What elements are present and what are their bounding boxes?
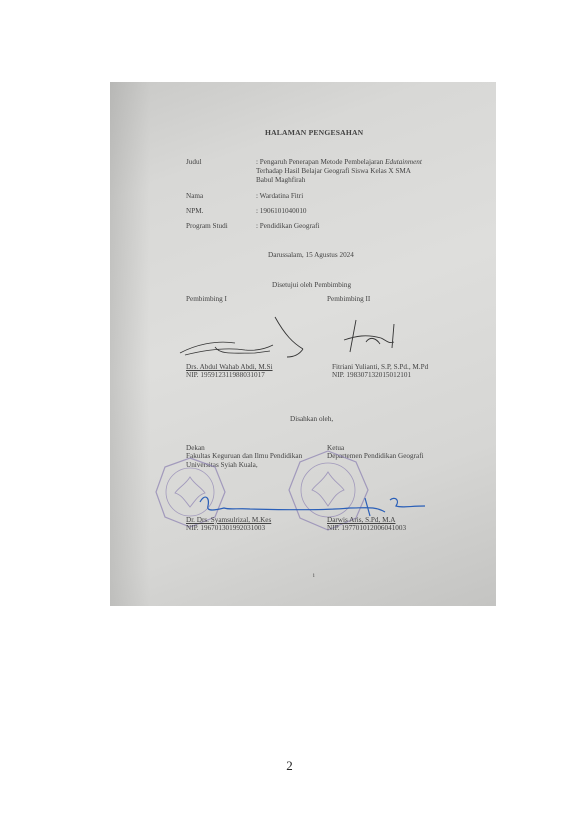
judul-line-1: : Pengaruh Penerapan Metode Pembelajaran [256, 158, 385, 166]
inner-page-number: i [313, 572, 315, 581]
place-date: Darussalam, 15 Agustus 2024 [268, 251, 354, 260]
official-1-nip: NIP. 196701301992031003 [186, 524, 265, 533]
page-number: 2 [0, 758, 579, 774]
photo-shadow [110, 82, 150, 606]
advisor-1-signature [175, 315, 325, 360]
document-title: HALAMAN PENGESAHAN [265, 128, 363, 137]
field-label-npm: NPM. [186, 207, 203, 216]
advisor-2-signature [336, 318, 406, 358]
advisor-2-role: Pembimbing II [327, 295, 370, 304]
advisor-2-nip: NIP. 198307132015012101 [332, 371, 411, 380]
official-2-nip: NIP. 197701012006041003 [327, 524, 406, 533]
field-label-judul: Judul [186, 158, 202, 167]
advisor-1-role: Pembimbing I [186, 295, 227, 304]
ratified-by: Disahkan oleh, [290, 415, 333, 424]
field-value-npm: : 1906101040010 [256, 207, 307, 216]
field-value-program: : Pendidikan Geografi [256, 222, 319, 231]
field-label-nama: Nama [186, 192, 203, 201]
judul-line-2: Terhadap Hasil Belajar Geografi Siswa Ke… [256, 167, 411, 176]
advisor-1-nip: NIP. 195912311988031017 [186, 371, 265, 380]
judul-italic: Edutainment [385, 158, 422, 166]
field-label-program: Program Studi [186, 222, 228, 231]
field-value-judul: : Pengaruh Penerapan Metode Pembelajaran… [256, 158, 422, 167]
judul-line-3: Babul Maghfirah [256, 176, 305, 185]
approved-by: Disetujui oleh Pembimbing [272, 281, 351, 290]
field-value-nama: : Wardatina Fitri [256, 192, 303, 201]
